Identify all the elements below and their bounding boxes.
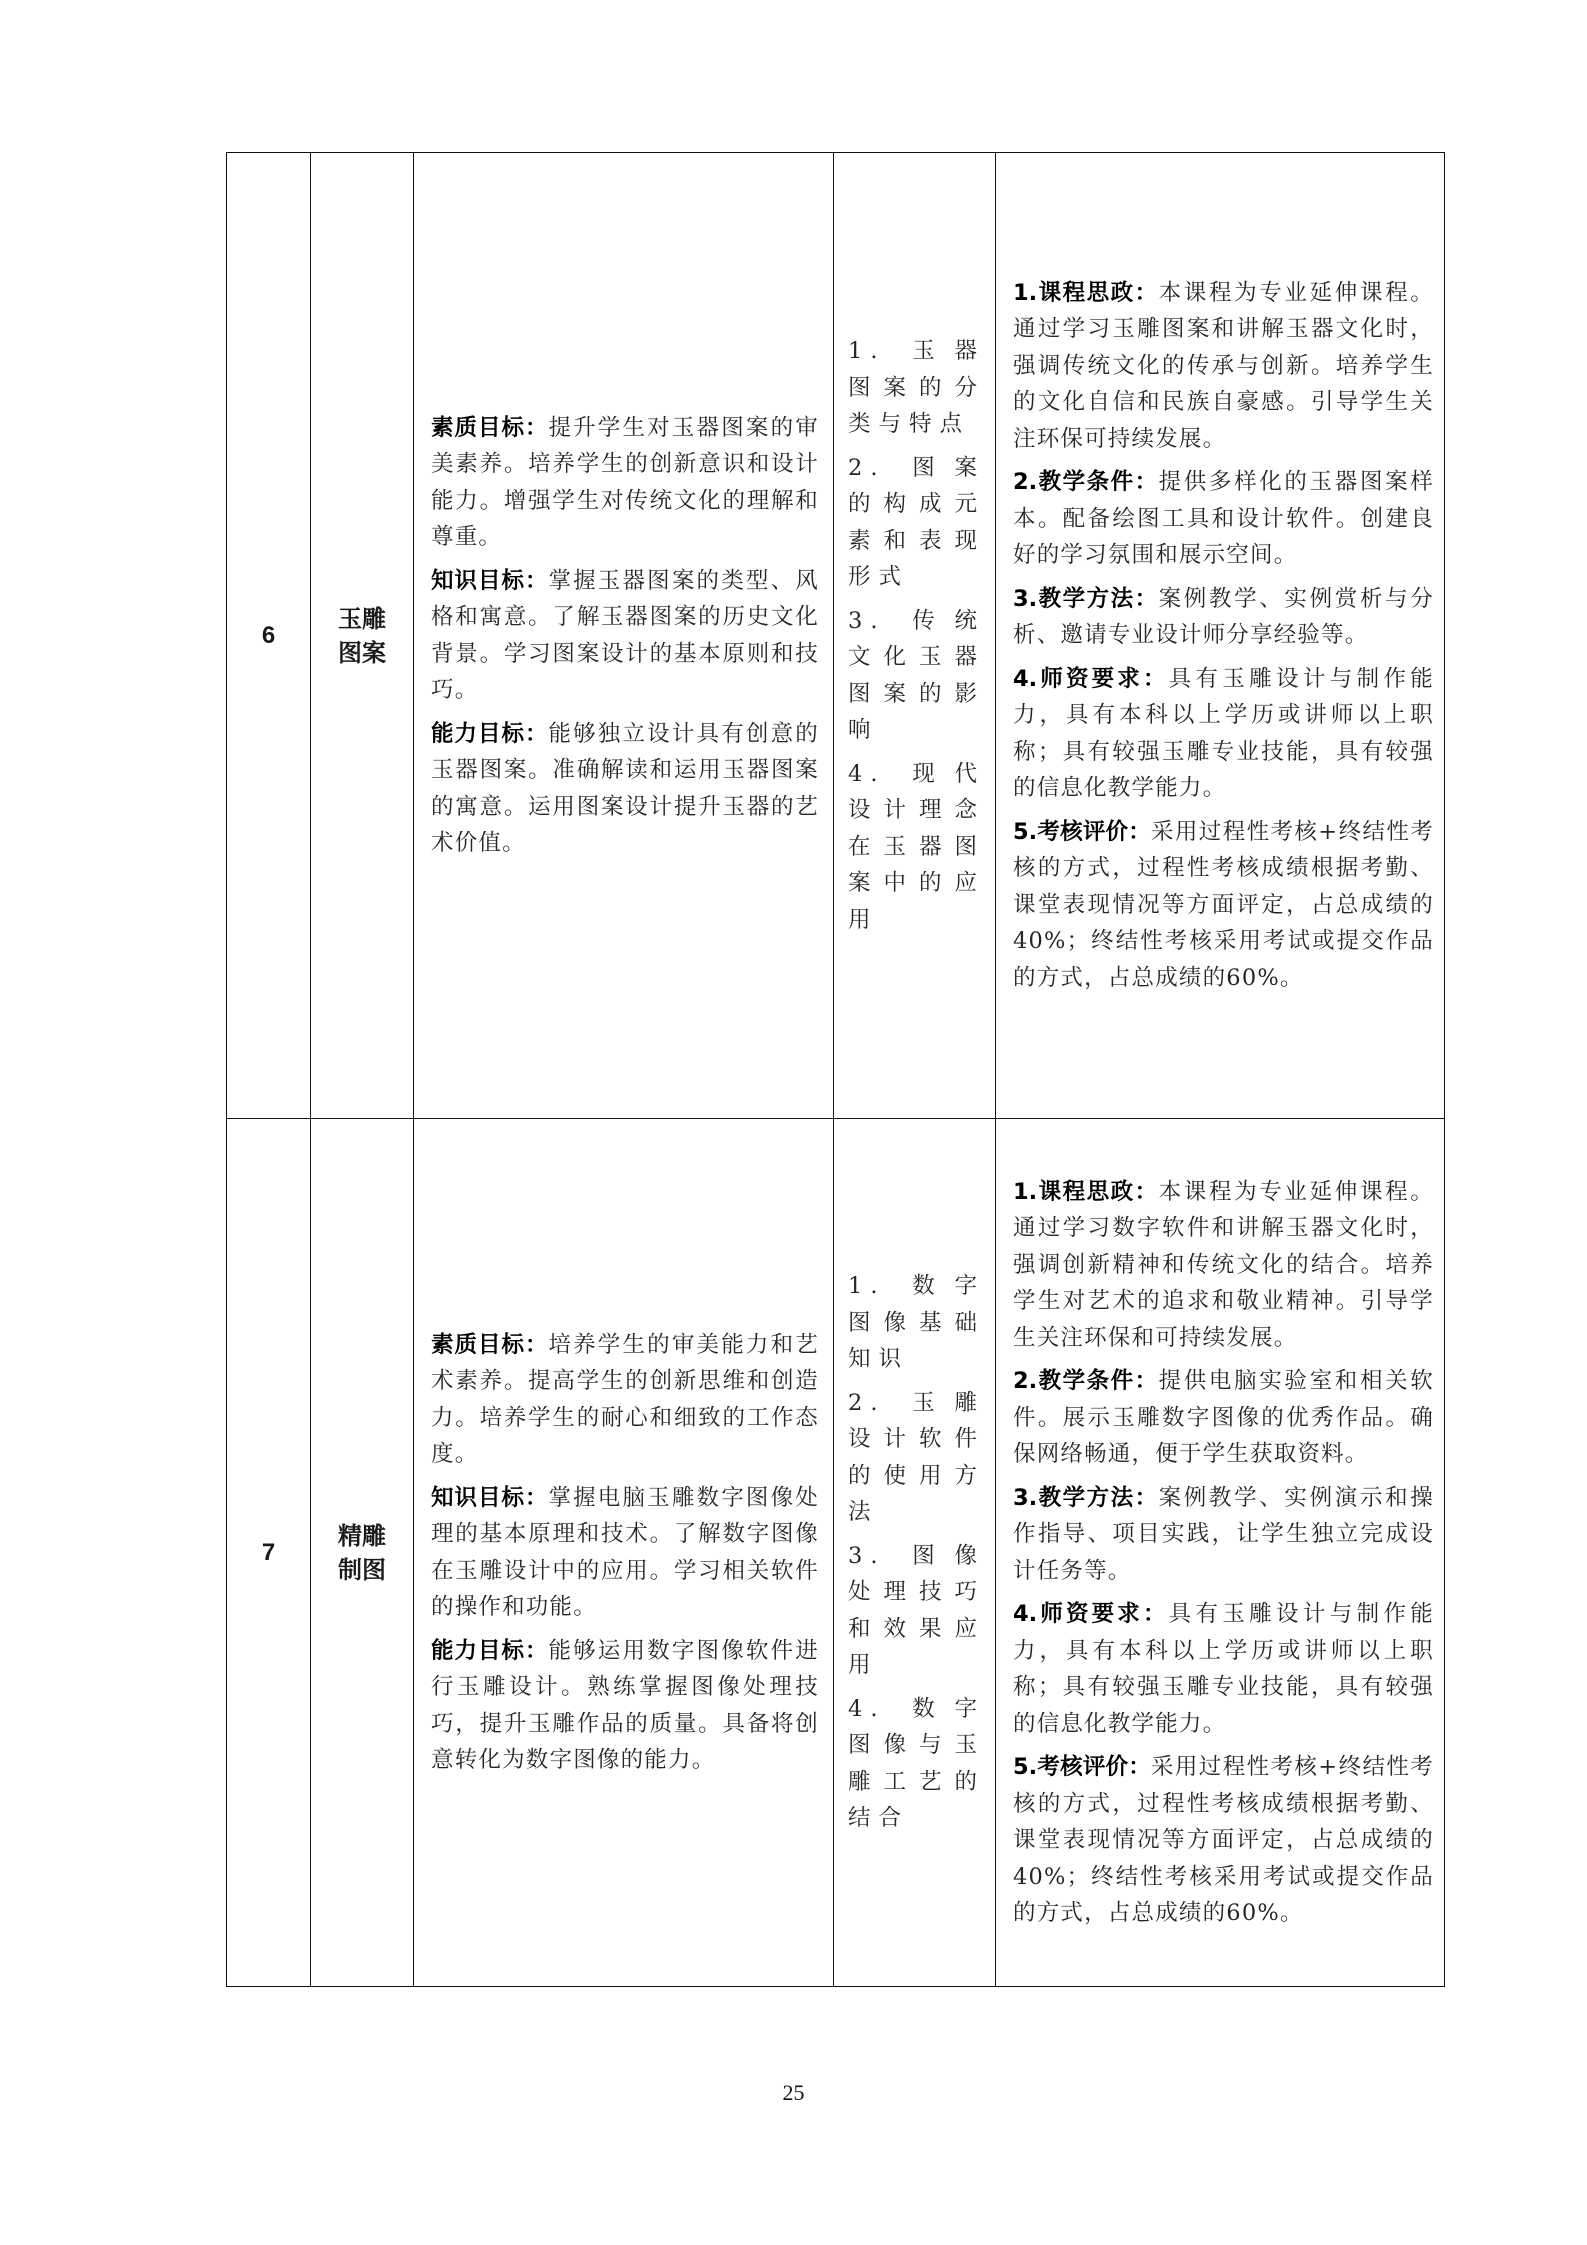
ability-goal: 能力目标：能够运用数字图像软件进行玉雕设计。熟练掌握图像处理技巧，提升玉雕作品的… (431, 1633, 819, 1779)
requirement-teachers: 4.师资要求：具有玉雕设计与制作能力，具有本科以上学历或讲师以上职称；具有较强玉… (1013, 661, 1434, 807)
requirement-label: 3.教学方法： (1013, 1485, 1159, 1511)
course-content-cell: 1. 数字图像基础知识 2. 玉雕设计软件的使用方法 3. 图像处理技巧和效果应… (834, 1119, 996, 1987)
table-row: 7 精雕制图 素质目标：培养学生的审美能力和艺术素养。提高学生的创新思维和创造力… (227, 1119, 1445, 1987)
content-item: 2. 图案的构成元素和表现形式 (848, 450, 985, 596)
course-name: 玉雕图案 (336, 602, 388, 670)
course-goals-cell: 素质目标：提升学生对玉器图案的审美素养。培养学生的创新意识和设计能力。增强学生对… (414, 153, 834, 1119)
goal-label: 素质目标： (431, 415, 548, 441)
goal-label: 素质目标： (431, 1332, 548, 1358)
content-item: 3. 传统文化玉器图案的影响 (848, 603, 985, 749)
row-number-cell: 6 (227, 153, 311, 1119)
teaching-requirements-cell: 1.课程思政：本课程为专业延伸课程。通过学习玉雕图案和讲解玉器文化时，强调传统文… (996, 153, 1445, 1119)
goal-label: 知识目标： (431, 1485, 548, 1511)
quality-goal: 素质目标：培养学生的审美能力和艺术素养。提高学生的创新思维和创造力。培养学生的耐… (431, 1327, 819, 1473)
requirement-teachers: 4.师资要求：具有玉雕设计与制作能力，具有本科以上学历或讲师以上职称；具有较强玉… (1013, 1596, 1434, 1742)
knowledge-goal: 知识目标：掌握电脑玉雕数字图像处理的基本原理和技术。了解数字图像在玉雕设计中的应… (431, 1480, 819, 1626)
page-number: 25 (0, 2080, 1587, 2106)
course-content-cell: 1. 玉器图案的分类与特点 2. 图案的构成元素和表现形式 3. 传统文化玉器图… (834, 153, 996, 1119)
row-number: 6 (262, 622, 275, 649)
requirement-assessment: 5.考核评价：采用过程性考核+终结性考核的方式，过程性考核成绩根据考勤、课堂表现… (1013, 814, 1434, 997)
content-item: 3. 图像处理技巧和效果应用 (848, 1538, 985, 1684)
row-number: 7 (262, 1539, 275, 1566)
requirement-label: 3.教学方法： (1013, 586, 1159, 612)
requirement-label: 4.师资要求： (1013, 666, 1169, 692)
quality-goal: 素质目标：提升学生对玉器图案的审美素养。培养学生的创新意识和设计能力。增强学生对… (431, 410, 819, 556)
requirement-conditions: 2.教学条件：提供多样化的玉器图案样本。配备绘图工具和设计软件。创建良好的学习氛… (1013, 464, 1434, 574)
content-item: 1. 数字图像基础知识 (848, 1268, 985, 1378)
requirement-ideology: 1.课程思政：本课程为专业延伸课程。通过学习数字软件和讲解玉器文化时，强调创新精… (1013, 1174, 1434, 1357)
course-name-cell: 精雕制图 (311, 1119, 414, 1987)
requirement-methods: 3.教学方法：案例教学、实例演示和操作指导、项目实践，让学生独立完成设计任务等。 (1013, 1480, 1434, 1590)
content-item: 1. 玉器图案的分类与特点 (848, 333, 985, 443)
course-goals-cell: 素质目标：培养学生的审美能力和艺术素养。提高学生的创新思维和创造力。培养学生的耐… (414, 1119, 834, 1987)
requirement-label: 5.考核评价： (1013, 1754, 1151, 1780)
goal-label: 知识目标： (431, 568, 548, 594)
requirement-label: 2.教学条件： (1013, 1368, 1159, 1394)
requirement-ideology: 1.课程思政：本课程为专业延伸课程。通过学习玉雕图案和讲解玉器文化时，强调传统文… (1013, 275, 1434, 458)
document-page: 6 玉雕图案 素质目标：提升学生对玉器图案的审美素养。培养学生的创新意识和设计能… (0, 0, 1587, 2245)
knowledge-goal: 知识目标：掌握玉器图案的类型、风格和寓意。了解玉器图案的历史文化背景。学习图案设… (431, 563, 819, 709)
goal-label: 能力目标： (431, 1638, 548, 1664)
requirement-label: 1.课程思政： (1013, 1179, 1159, 1205)
course-name-cell: 玉雕图案 (311, 153, 414, 1119)
goal-label: 能力目标： (431, 721, 548, 747)
course-name: 精雕制图 (336, 1519, 388, 1587)
requirement-assessment: 5.考核评价：采用过程性考核+终结性考核的方式，过程性考核成绩根据考勤、课堂表现… (1013, 1749, 1434, 1932)
content-item: 4. 数字图像与玉雕工艺的结合 (848, 1691, 985, 1837)
course-table: 6 玉雕图案 素质目标：提升学生对玉器图案的审美素养。培养学生的创新意识和设计能… (226, 152, 1445, 1987)
table-row: 6 玉雕图案 素质目标：提升学生对玉器图案的审美素养。培养学生的创新意识和设计能… (227, 153, 1445, 1119)
teaching-requirements-cell: 1.课程思政：本课程为专业延伸课程。通过学习数字软件和讲解玉器文化时，强调创新精… (996, 1119, 1445, 1987)
requirement-conditions: 2.教学条件：提供电脑实验室和相关软件。展示玉雕数字图像的优秀作品。确保网络畅通… (1013, 1363, 1434, 1473)
requirement-label: 5.考核评价： (1013, 819, 1151, 845)
row-number-cell: 7 (227, 1119, 311, 1987)
requirement-label: 1.课程思政： (1013, 280, 1159, 306)
content-item: 4. 现代设计理念在玉器图案中的应用 (848, 756, 985, 939)
requirement-methods: 3.教学方法：案例教学、实例赏析与分析、邀请专业设计师分享经验等。 (1013, 581, 1434, 654)
requirement-label: 2.教学条件： (1013, 469, 1159, 495)
content-item: 2. 玉雕设计软件的使用方法 (848, 1385, 985, 1531)
ability-goal: 能力目标：能够独立设计具有创意的玉器图案。准确解读和运用玉器图案的寓意。运用图案… (431, 716, 819, 862)
requirement-label: 4.师资要求： (1013, 1601, 1169, 1627)
